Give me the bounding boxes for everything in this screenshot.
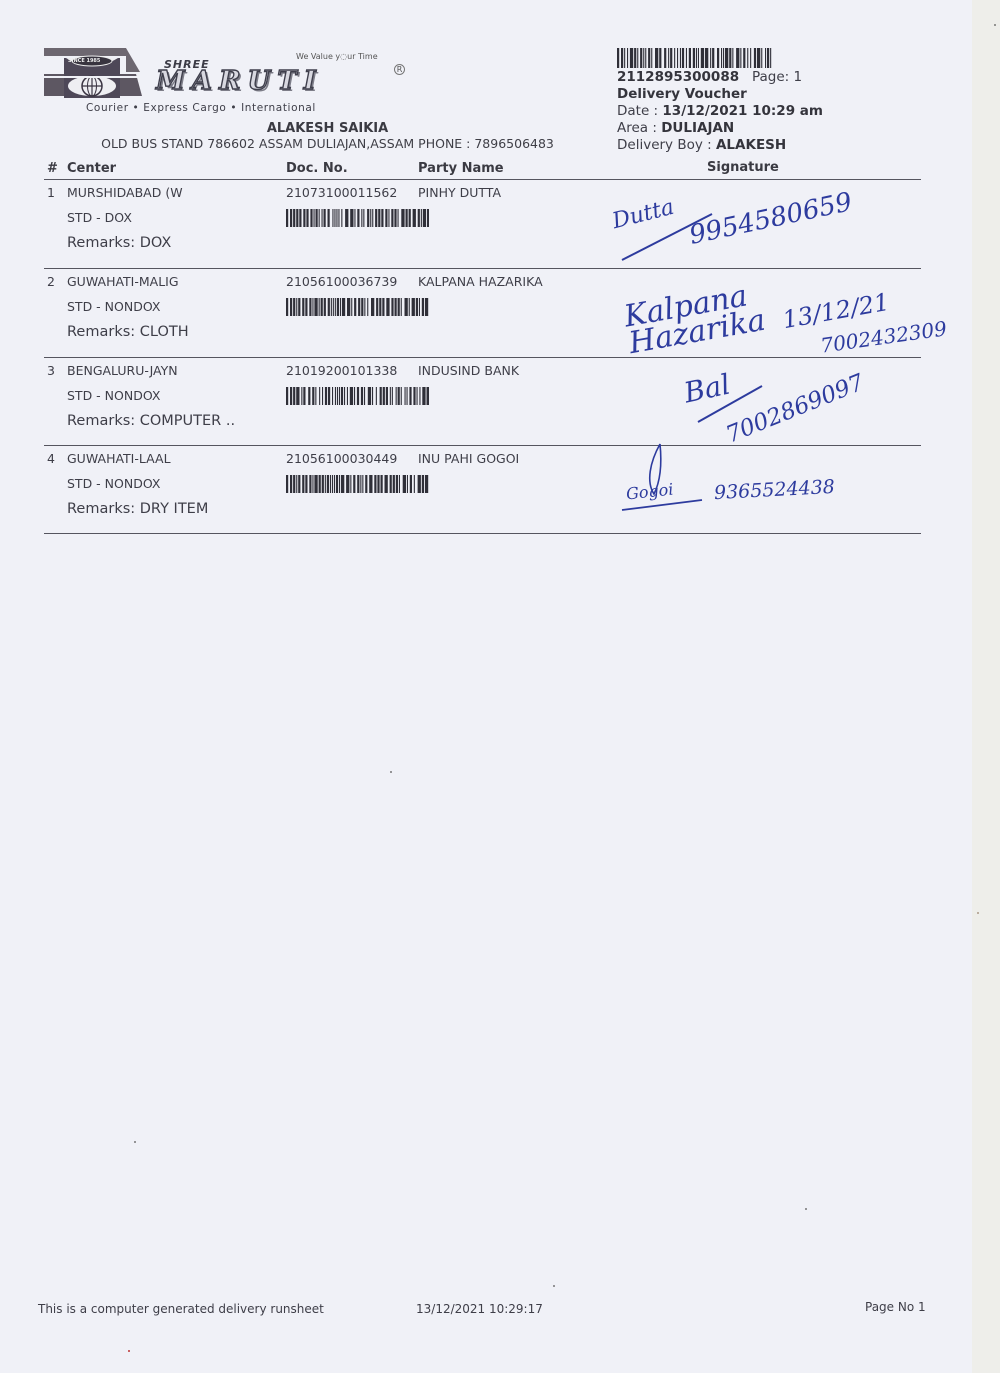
scan-speck [553, 1285, 555, 1287]
row-remarks: Remarks: CLOTH [67, 324, 189, 340]
row-party-name: INU PAHI GOGOI [418, 451, 519, 466]
signature-scribble-icon [620, 442, 710, 514]
voucher-number: 2112895300088 [617, 69, 739, 85]
row-center: MURSHIDABAD (W [67, 185, 183, 200]
logo-badge-text: SINCE 1985 [68, 58, 100, 64]
voucher-title: Delivery Voucher [617, 86, 747, 102]
company-tagline: We Value y◌ur Time [296, 52, 378, 61]
doc-barcode-icon [286, 298, 429, 316]
branch-owner-name: ALAKESH SAIKIA [40, 121, 615, 136]
row-doc-no: 21056100036739 [286, 274, 397, 289]
row-service: STD - NONDOX [67, 388, 160, 403]
row-service: STD - DOX [67, 210, 132, 225]
column-header-signature: Signature [707, 160, 779, 175]
footer-page-number: Page No 1 [865, 1300, 926, 1314]
column-header-number: # [47, 161, 58, 176]
area-label: Area : [617, 120, 661, 136]
row-doc-no: 21019200101338 [286, 363, 397, 378]
page-indicator: Page: 1 [752, 69, 802, 85]
row-remarks: Remarks: DRY ITEM [67, 501, 208, 517]
row-center: GUWAHATI-MALIG [67, 274, 179, 289]
scan-speck [805, 1208, 807, 1210]
signature-phone: 9365524438 [714, 476, 836, 504]
row-center: GUWAHATI-LAAL [67, 451, 171, 466]
column-header-doc-no: Doc. No. [286, 161, 348, 176]
voucher-date: Date : 13/12/2021 10:29 am [617, 103, 823, 119]
column-header-party-name: Party Name [418, 161, 504, 176]
registered-mark-icon: R [394, 64, 405, 75]
voucher-number-line: 2112895300088 Page: 1 [617, 69, 802, 85]
delivery-boy-label: Delivery Boy : [617, 137, 716, 153]
row-number: 1 [47, 185, 55, 200]
scan-speck [134, 1141, 136, 1143]
company-logo-icon [44, 48, 142, 100]
footer-note: This is a computer generated delivery ru… [38, 1302, 324, 1316]
row-number: 4 [47, 451, 55, 466]
delivery-boy-value: ALAKESH [716, 137, 786, 153]
scan-speck [977, 912, 979, 914]
column-header-center: Center [67, 161, 116, 176]
table-row: 4 GUWAHATI-LAAL STD - NONDOX Remarks: DR… [0, 446, 972, 535]
table-bottom-divider [44, 533, 921, 534]
row-number: 3 [47, 363, 55, 378]
table-row: 3 BENGALURU-JAYN STD - NONDOX Remarks: C… [0, 358, 972, 447]
row-service: STD - NONDOX [67, 299, 160, 314]
row-center: BENGALURU-JAYN [67, 363, 178, 378]
voucher-area: Area : DULIAJAN [617, 120, 734, 136]
row-party-name: PINHY DUTTA [418, 185, 501, 200]
company-services: Courier • Express Cargo • International [86, 102, 316, 114]
row-party-name: INDUSIND BANK [418, 363, 519, 378]
scan-speck [128, 1350, 130, 1352]
company-name: MARUTI [156, 66, 323, 96]
doc-barcode-icon [286, 209, 429, 227]
table-row: 2 GUWAHATI-MALIG STD - NONDOX Remarks: C… [0, 269, 972, 358]
row-remarks: Remarks: DOX [67, 235, 171, 251]
delivery-runsheet-page: SINCE 1985 SHREE MARUTI We Value y◌ur Ti… [0, 0, 972, 1373]
voucher-barcode-icon [617, 48, 773, 68]
scan-speck [390, 771, 392, 773]
date-value: 13/12/2021 10:29 am [662, 103, 823, 119]
row-party-name: KALPANA HAZARIKA [418, 274, 543, 289]
branch-address: OLD BUS STAND 786602 ASSAM DULIAJAN,ASSA… [40, 136, 615, 151]
row-number: 2 [47, 274, 55, 289]
footer-timestamp: 13/12/2021 10:29:17 [416, 1302, 543, 1316]
table-row: 1 MURSHIDABAD (W STD - DOX Remarks: DOX … [0, 180, 972, 269]
row-doc-no: 21073100011562 [286, 185, 397, 200]
row-doc-no: 21056100030449 [286, 451, 397, 466]
signature-phone: 9954580659 [687, 187, 855, 251]
date-label: Date : [617, 103, 662, 119]
voucher-delivery-boy: Delivery Boy : ALAKESH [617, 137, 786, 153]
doc-barcode-icon [286, 475, 429, 493]
area-value: DULIAJAN [661, 120, 734, 136]
row-service: STD - NONDOX [67, 476, 160, 491]
doc-barcode-icon [286, 387, 429, 405]
row-remarks: Remarks: COMPUTER .. [67, 413, 235, 429]
scan-speck [994, 24, 996, 26]
